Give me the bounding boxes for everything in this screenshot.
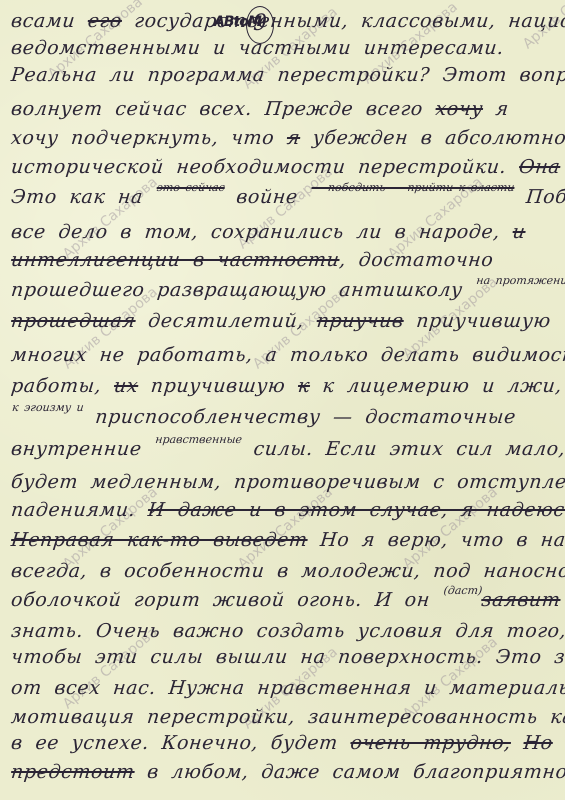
line-text: приспособленчеству — достаточные <box>82 406 517 428</box>
line-text: падениями. <box>10 499 149 521</box>
line-text: государственными, классовыми, национальн… <box>121 10 565 32</box>
manuscript-line: чтобы эти силы вышли на поверхность. Это… <box>10 646 561 668</box>
line-text: убежден в абсолютной <box>299 127 565 149</box>
struck-text: Неправая как-то выведет <box>10 529 309 551</box>
manuscript-line: падениями. И даже и в этом случае, я над… <box>10 499 561 521</box>
manuscript-line: ведомственными и частными интересами. <box>10 37 561 59</box>
manuscript-line: Это как на это сейчас войне — победить —… <box>10 186 561 208</box>
line-text: волнует сейчас всех. Прежде всего <box>10 98 437 120</box>
manuscript-line: к эгоизму и приспособленчеству — достато… <box>10 406 561 428</box>
line-text: к лицемерию и лжи, <box>309 375 563 397</box>
manuscript-line: будет медленным, противоречивым с отступ… <box>10 471 561 493</box>
struck-text: его <box>87 10 123 32</box>
line-text: приучившую <box>403 310 552 332</box>
line-text: будет медленным, противоречивым с отступ… <box>10 471 565 493</box>
manuscript-page: ABtoM 9 Архив СахароваАрхив СахароваАрхи… <box>0 0 565 800</box>
manuscript-line: прошедшего развращающую антишколу на про… <box>10 279 561 301</box>
line-text: от всех нас. Нужна нравственная и матери… <box>10 677 565 699</box>
line-text: Но я верю, что в народе <box>306 529 565 551</box>
line-text: я <box>482 98 510 120</box>
manuscript-line: интеллигенции в частности, достаточно <box>10 249 561 271</box>
struck-text: хочу <box>434 98 484 120</box>
manuscript-line: многих не работать, а только делать види… <box>10 344 561 366</box>
line-text: знать. Очень важно создать условия для т… <box>10 620 565 642</box>
struck-text: приучив <box>316 310 405 332</box>
line-text: чтобы эти силы вышли на поверхность. Это… <box>10 646 565 668</box>
manuscript-line: исторической необходимости перестройки. … <box>10 156 561 178</box>
line-text: прошедшего развращающую антишколу <box>10 279 476 301</box>
line-text: приучившую <box>137 375 299 397</box>
manuscript-line: всегда, в особенности в молодежи, под на… <box>10 560 561 582</box>
manuscript-line: внутренние нравственные силы. Если этих … <box>10 438 561 460</box>
manuscript-line: знать. Очень важно создать условия для т… <box>10 620 561 642</box>
line-text: в любом, даже самом благоприятном <box>133 761 565 783</box>
manuscript-line: мотивация перестройки, заинтересованност… <box>10 706 561 728</box>
inserted-text: к эгоизму и <box>11 401 84 414</box>
line-text: внутренние <box>10 438 155 460</box>
line-text: в ее успехе. Конечно, будет <box>10 732 352 754</box>
line-text: Реальна ли программа перестройки? Этот в… <box>10 64 565 86</box>
line-text: хочу подчеркнуть, что <box>10 127 288 149</box>
struck-text: — победить — прийти к власти <box>311 181 515 194</box>
line-text: многих не работать, а только делать види… <box>10 344 565 366</box>
line-text: ведомственными и частными интересами. <box>10 37 505 59</box>
line-text: мотивация перестройки, заинтересованност… <box>10 706 565 728</box>
struck-text: их <box>113 375 139 397</box>
struck-text: это сейчас <box>156 181 225 194</box>
manuscript-line: Неправая как-то выведет Но я верю, что в… <box>10 529 561 551</box>
manuscript-line: Реальна ли программа перестройки? Этот в… <box>10 64 561 86</box>
line-text: оболочкой горит живой огонь. И он <box>10 589 444 611</box>
line-text: все дело в том, сохранились ли в народе, <box>10 221 514 243</box>
manuscript-line: предстоит в любом, даже самом благоприят… <box>10 761 561 783</box>
line-text: Победа необходима. Поэтому <box>512 186 565 208</box>
struck-text: интеллигенции в частности <box>10 249 341 271</box>
line-text: Это как на <box>10 186 157 208</box>
struck-text: Она <box>518 156 562 178</box>
struck-text: предстоит <box>10 761 136 783</box>
line-text: всами <box>10 10 89 32</box>
struck-text: прошедшая <box>10 310 137 332</box>
struck-text: и <box>512 221 527 243</box>
manuscript-line: хочу подчеркнуть, что я убежден в абсолю… <box>10 127 561 149</box>
struck-text: очень трудно, <box>349 732 512 754</box>
line-text: , достаточно <box>338 249 494 271</box>
line-text: исторической необходимости перестройки. <box>10 156 520 178</box>
manuscript-line: в ее успехе. Конечно, будет очень трудно… <box>10 732 561 754</box>
line-text: работы, <box>10 375 115 397</box>
inserted-text: (даст) <box>443 584 483 597</box>
struck-text: Но <box>522 732 554 754</box>
line-text: войне <box>223 186 312 208</box>
inserted-text: нравственные <box>155 433 243 446</box>
inserted-text: на протяжении <box>476 274 565 287</box>
line-text: силы. Если этих сил мало, то наш путь <box>240 438 565 460</box>
line-text: всегда, в особенности в молодежи, под на… <box>10 560 565 582</box>
manuscript-line: от всех нас. Нужна нравственная и матери… <box>10 677 561 699</box>
manuscript-line: оболочкой горит живой огонь. И он (даст)… <box>10 589 561 611</box>
line-text: о себе <box>559 589 565 611</box>
manuscript-line: волнует сейчас всех. Прежде всего хочу я <box>10 98 561 120</box>
manuscript-line: прошедшая десятилетий, приучив приучившу… <box>10 310 561 332</box>
struck-text: И даже и в этом случае, я надеюсь, <box>147 499 565 521</box>
struck-text: заявит <box>480 589 561 611</box>
manuscript-line: все дело в том, сохранились ли в народе,… <box>10 221 561 243</box>
manuscript-line: работы, их приучившую к к лицемерию и лж… <box>10 375 561 397</box>
line-text: десятилетий, <box>134 310 317 332</box>
manuscript-line: всами его государственными, классовыми, … <box>10 10 561 32</box>
